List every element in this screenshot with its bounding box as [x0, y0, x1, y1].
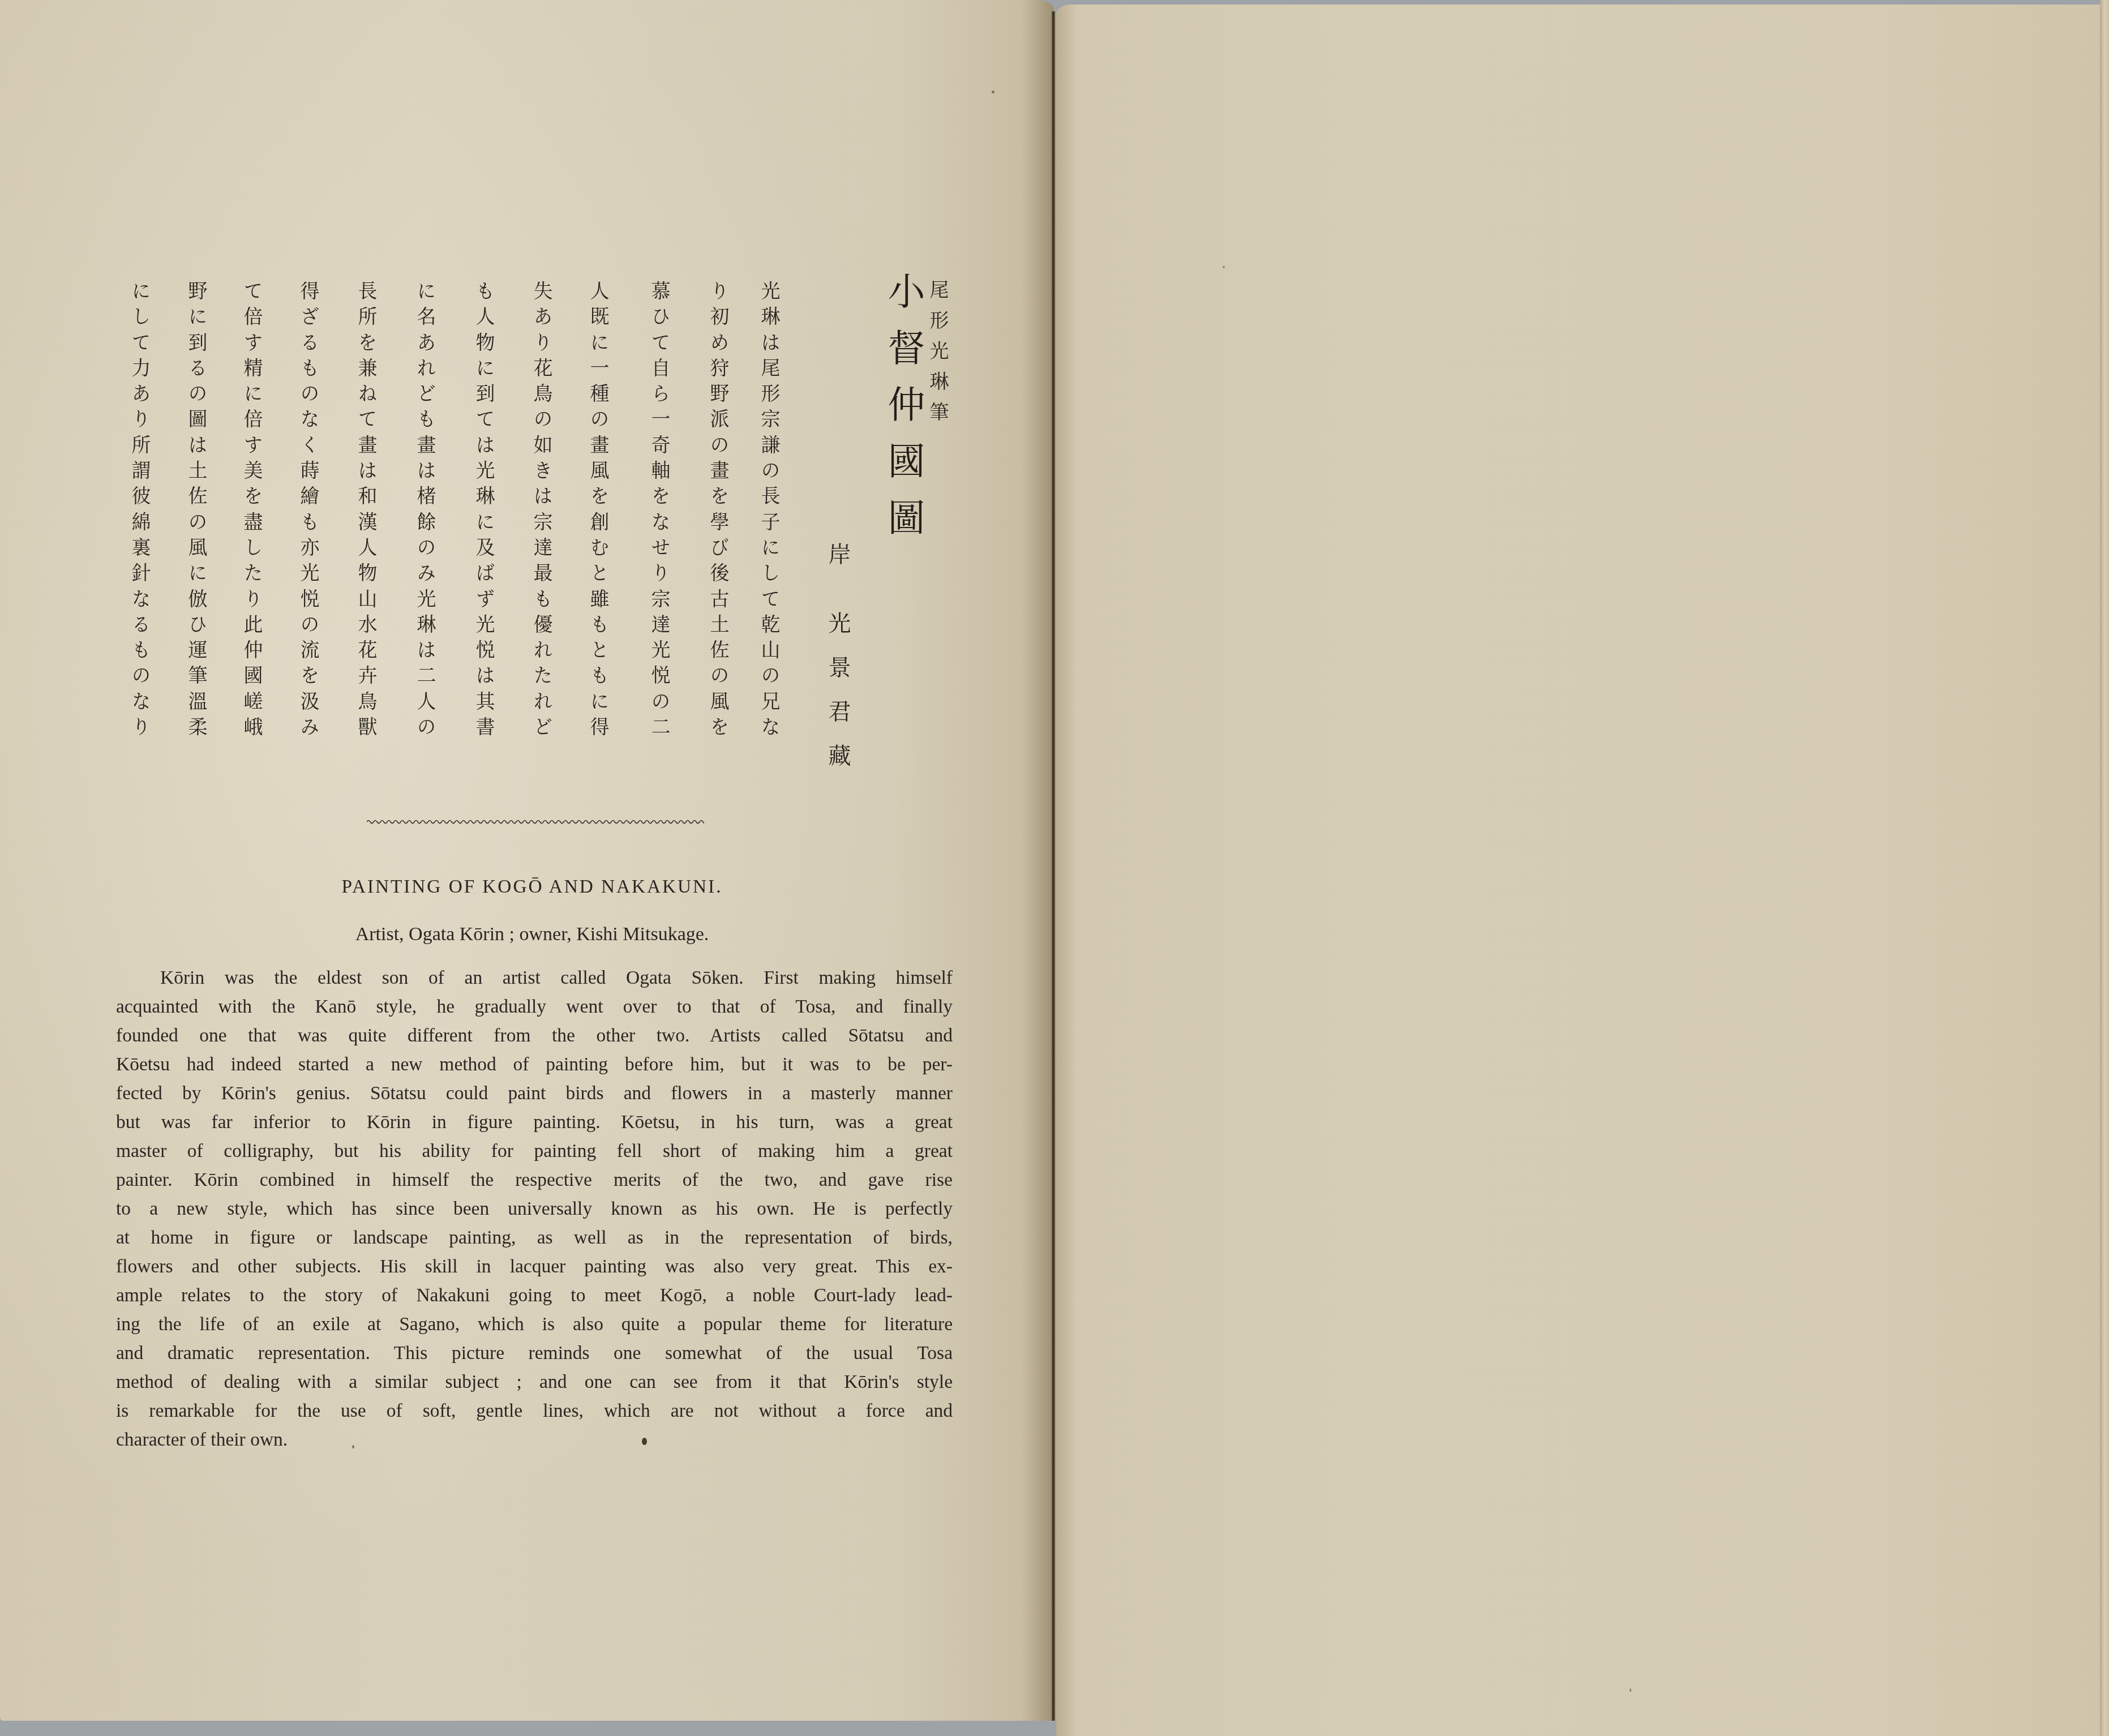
japanese-text-column: 人既に一種の畫風を創むと雖もともに得 [584, 281, 612, 742]
paragraph-line: acquainted with the Kanō style, he gradu… [116, 992, 953, 1021]
right-page-blank [1056, 5, 2100, 1736]
japanese-owner-surname: 岸 [822, 542, 854, 565]
english-title: PAINTING OF KOGŌ AND NAKAKUNI. [322, 876, 743, 898]
paragraph-line: ample relates to the story of Nakakuni g… [116, 1281, 953, 1310]
paper-speck [1223, 266, 1225, 268]
paragraph-line: master of colligraphy, but his ability f… [116, 1137, 953, 1165]
paragraph-line: Kōetsu had indeed started a new method o… [116, 1050, 953, 1079]
japanese-text-column: に名あれども畫は楮餘のみ光琳は二人の [411, 281, 439, 742]
paper-speck [992, 91, 995, 93]
japanese-text-column: り初め狩野派の畫を學び後古土佐の風を [704, 281, 732, 742]
paragraph-line: and dramatic representation. This pictur… [116, 1339, 953, 1368]
paragraph-line: Kōrin was the eldest son of an artist ca… [116, 963, 953, 992]
wavy-divider [367, 815, 704, 829]
japanese-text-column: 光琳は尾形宗謙の長子にして乾山の兄な [755, 281, 783, 742]
paragraph-line: fected by Kōrin's genius. Sōtatsu could … [116, 1079, 953, 1108]
japanese-text-column: にして力あり所謂彼綿裏針なるものなり [126, 281, 153, 742]
english-paragraph: Kōrin was the eldest son of an artist ca… [116, 963, 953, 1454]
japanese-text-column: 野に到るの圖は土佐の風に倣ひ運筆溫柔 [182, 281, 210, 742]
page-edge [2100, 0, 2109, 1736]
japanese-text-column: 慕ひて自ら一奇軸をなせり宗達光悦の二 [645, 281, 673, 742]
japanese-title: 小督仲國圖 [876, 272, 930, 555]
english-byline: Artist, Ogata Kōrin ; owner, Kishi Mitsu… [283, 924, 781, 945]
paragraph-line: to a new style, which has since been uni… [116, 1194, 953, 1223]
paragraph-line: painter. Kōrin combined in himself the r… [116, 1165, 953, 1194]
japanese-text-column: 長所を兼ねて畫は和漢人物山水花卉鳥獸 [352, 281, 380, 742]
paragraph-line: is remarkable for the use of soft, gentl… [116, 1396, 953, 1425]
paper-speck [1630, 1688, 1631, 1692]
book-gutter [1052, 11, 1055, 1721]
paragraph-line: ing the life of an exile at Sagano, whic… [116, 1310, 953, 1339]
japanese-text-column: 失あり花鳥の如きは宗達最も優れたれど [528, 281, 555, 742]
paragraph-line: character of their own. [116, 1425, 953, 1454]
paragraph-line: flowers and other subjects. His skill in… [116, 1252, 953, 1281]
paragraph-line: but was far inferior to Kōrin in figure … [116, 1108, 953, 1137]
paper-speck [642, 1438, 647, 1445]
paragraph-line: at home in figure or landscape painting,… [116, 1223, 953, 1252]
japanese-text-column: も人物に到ては光琳に及ばず光悦は其書 [470, 281, 498, 742]
left-page: 尾形光琳筆 小督仲國圖 岸 光景君藏 光琳は尾形宗謙の長子にして乾山の兄な り初… [0, 0, 1054, 1721]
paragraph-line: founded one that was quite different fro… [116, 1021, 953, 1050]
paragraph-line: method of dealing with a similar subject… [116, 1368, 953, 1396]
japanese-owner-name: 光景君藏 [822, 611, 854, 788]
japanese-text-column: て倍す精に倍す美を盡したり此仲國嵯峨 [238, 281, 265, 742]
paper-speck [352, 1445, 354, 1448]
japanese-text-column: 得ざるものなく蒔繪も亦光悦の流を汲み [294, 281, 322, 742]
